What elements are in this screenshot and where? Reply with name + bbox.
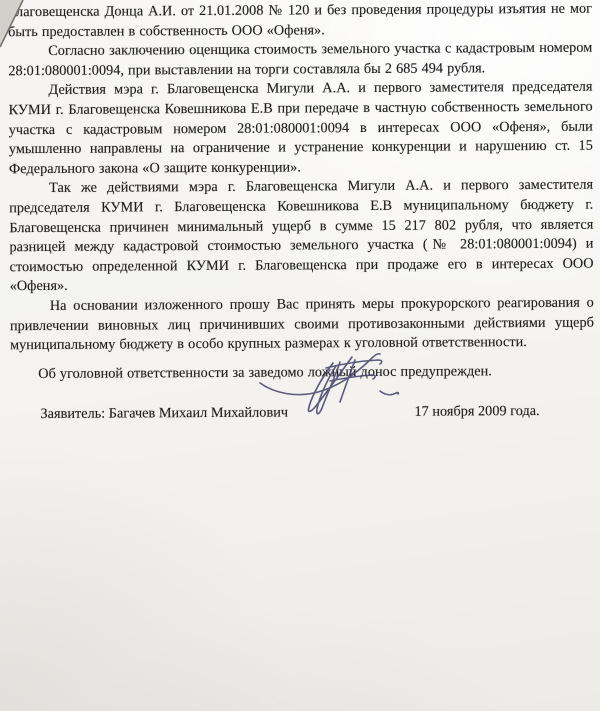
scanned-complaint-page: Благовещенска Донца А.И. от 21.01.2008 №… bbox=[0, 0, 600, 711]
document-paragraph-4: Так же действиями мэра г. Благовещенска … bbox=[9, 176, 594, 297]
document-paragraph-5: На основании изложенного прошу Вас приня… bbox=[10, 294, 594, 356]
applicant-name-label: Заявитель: Багачев Михаил Михайлович bbox=[40, 404, 288, 425]
page-corner-edge bbox=[0, 0, 36, 56]
handwritten-signature-ink bbox=[256, 348, 404, 422]
document-paragraph-1: Благовещенска Донца А.И. от 21.01.2008 №… bbox=[8, 0, 592, 42]
document-paragraph-2: Согласно заключению оценщика стоимость з… bbox=[8, 39, 592, 82]
document-paragraph-3: Действия мэра г. Благовещенска Мигули А.… bbox=[8, 78, 593, 180]
document-date: 17 ноября 2009 года. bbox=[414, 402, 539, 422]
